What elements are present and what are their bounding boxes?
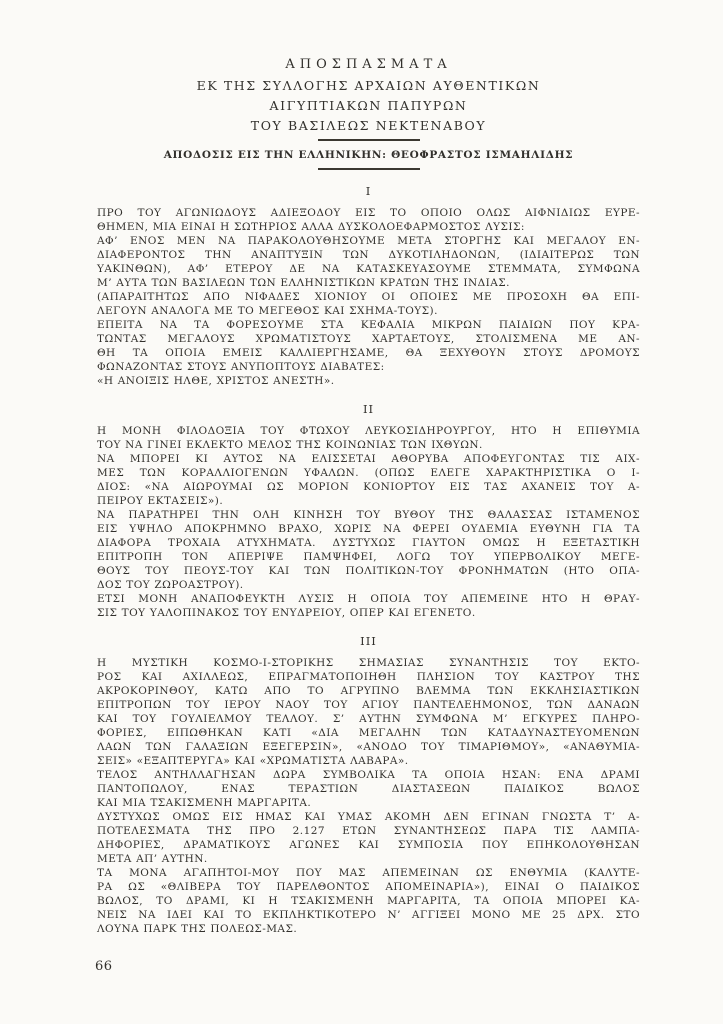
title-line: ΕΚ ΤΗΣ ΣΥΛΛΟΓΗΣ ΑΡΧΑΙΩΝ ΑΥΘΕΝΤΙΚΩΝ — [97, 78, 640, 93]
text-line: ΦΟΡΙΕΣ, ΕΙΠΩΘΗΚΑΝ ΚΑΤΙ «ΔΙΑ ΜΕΓΑΛΗΝ ΤΩΝ … — [97, 726, 640, 740]
text-line: «Η ΑΝΟΙΞΙΣ ΗΛΘΕ, ΧΡΙΣΤΟΣ ΑΝΕΣΤΗ». — [97, 374, 640, 388]
text-line: ΕΤΣΙ ΜΟΝΗ ΑΝΑΠΟΦΕΥΚΤΗ ΛΥΣΙΣ Η ΟΠΟΙΑ ΤΟΥ … — [97, 592, 640, 606]
text-line: ΑΚΡΟΚΟΡΙΝΘΟΥ, ΚΑΤΩ ΑΠΟ ΤΟ ΑΓΡΥΠΝΟ ΒΛΕΜΜΑ… — [97, 684, 640, 698]
text-line: ΡΟΣ ΚΑΙ ΑΧΙΛΛΕΩΣ, ΕΠΡΑΓΜΑΤΟΠΟΙΗΘΗ ΠΛΗΣΙΟ… — [97, 670, 640, 684]
page-number: 66 — [95, 959, 113, 974]
text-line: ΠΕΙΡΟΥ ΕΚΤΑΣΕΙΣ»). — [97, 494, 640, 508]
text-line: ΔΙΑΦΕΡΟΝΤΟΣ ΤΗΝ ΑΝΑΠΤΥΞΙΝ ΤΩΝ ΔΥΚΟΤΙΛΗΔΟ… — [97, 248, 640, 262]
section-numeral: III — [97, 634, 640, 648]
text-line: ΘΗ ΤΑ ΟΠΟΙΑ ΕΜΕΙΣ ΚΑΛΛΙΕΡΓΗΣΑΜΕ, ΘΑ ΞΕΧΥ… — [97, 346, 640, 360]
text-line: ΛΟΥΝΑ ΠΑΡΚ ΤΗΣ ΠΟΛΕΩΣ-ΜΑΣ. — [97, 922, 640, 936]
text-line: ΠΟΤΕΛΕΣΜΑΤΑ ΤΗΣ ΠΡΟ 2.127 ΕΤΩΝ ΣΥΝΑΝΤΗΣΕ… — [97, 824, 640, 838]
text-line: ΚΑΙ ΤΟΥ ΓΟΥΛΙΕΛΜΟΥ ΤΕΛΛΟΥ. Σ’ ΑΥΤΗΝ ΣΥΜΦ… — [97, 712, 640, 726]
text-line: Η ΜΟΝΗ ΦΙΛΟΔΟΞΙΑ ΤΟΥ ΦΤΩΧΟΥ ΛΕΥΚΟΣΙΔΗΡΟΥ… — [97, 424, 640, 438]
page-header: ΑΠΟΣΠΑΣΜΑΤΑ ΕΚ ΤΗΣ ΣΥΛΛΟΓΗΣ ΑΡΧΑΙΩΝ ΑΥΘΕ… — [97, 0, 640, 170]
page-title: ΑΠΟΣΠΑΣΜΑΤΑ ΕΚ ΤΗΣ ΣΥΛΛΟΓΗΣ ΑΡΧΑΙΩΝ ΑΥΘΕ… — [97, 57, 640, 133]
text-line: ΘΗΜΕΝ, ΜΙΑ ΕΙΝΑΙ Η ΣΩΤΗΡΙΟΣ ΑΛΛΑ ΔΥΣΚΟΛΟ… — [97, 220, 640, 234]
text-line: ΑΦ’ ΕΝΟΣ ΜΕΝ ΝΑ ΠΑΡΑΚΟΛΟΥΘΗΣΟΥΜΕ ΜΕΤΑ ΣΤ… — [97, 234, 640, 248]
text-line: ΤΑ ΜΟΝΑ ΑΓΑΠΗΤΟΙ-ΜΟΥ ΠΟΥ ΜΑΣ ΑΠΕΜΕΙΝΑΝ Ω… — [97, 866, 640, 880]
text-line: Μ’ ΑΥΤΑ ΤΩΝ ΒΑΣΙΛΕΩΝ ΤΩΝ ΕΛΛΗΝΙΣΤΙΚΩΝ ΚΡ… — [97, 276, 640, 290]
text-line: ΕΠΙΤΡΟΠΗ ΤΟΝ ΑΠΕΡΙΨΕ ΠΑΜΨΗΦΕΙ, ΛΟΓΩ ΤΟΥ … — [97, 550, 640, 564]
title-line: ΤΟΥ ΒΑΣΙΛΕΩΣ ΝΕΚΤΕΝΑΒΟΥ — [97, 118, 640, 133]
text-line: ΕΠΕΙΤΑ ΝΑ ΤΑ ΦΟΡΕΣΟΥΜΕ ΣΤΑ ΚΕΦΑΛΙΑ ΜΙΚΡΩ… — [97, 318, 640, 332]
text-line: ΒΩΛΟΣ, ΤΟ ΔΡΑΜΙ, ΚΙ Η ΤΣΑΚΙΣΜΕΝΗ ΜΑΡΓΑΡΙ… — [97, 894, 640, 908]
text-line: (ΑΠΑΡΑΙΤΗΤΩΣ ΑΠΟ ΝΙΦΑΔΕΣ ΧΙΟΝΙΟΥ ΟΙ ΟΠΟΙ… — [97, 290, 640, 304]
text-line: ΛΕΓΟΥΝ ΑΝΑΛΟΓΑ ΜΕ ΤΟ ΜΕΓΕΘΟΣ ΚΑΙ ΣΧΗΜΑ-Τ… — [97, 304, 640, 318]
text-line: ΜΕΤΑ ΑΠ’ ΑΥΤΗΝ. — [97, 852, 640, 866]
text-body: IΠΡΟ ΤΟΥ ΑΓΩΝΙΩΔΟΥΣ ΑΔΙΕΞΟΔΟΥ ΕΙΣ ΤΟ ΟΠΟ… — [97, 184, 640, 936]
book-page: ΑΠΟΣΠΑΣΜΑΤΑ ΕΚ ΤΗΣ ΣΥΛΛΟΓΗΣ ΑΡΧΑΙΩΝ ΑΥΘΕ… — [0, 0, 723, 1024]
text-line: ΝΑ ΜΠΟΡΕΙ ΚΙ ΑΥΤΟΣ ΝΑ ΕΛΙΣΣΕΤΑΙ ΑΘΟΡΥΒΑ … — [97, 452, 640, 466]
text-section: IIΗ ΜΟΝΗ ΦΙΛΟΔΟΞΙΑ ΤΟΥ ΦΤΩΧΟΥ ΛΕΥΚΟΣΙΔΗΡ… — [97, 402, 640, 620]
text-line: ΕΙΣ ΥΨΗΛΟ ΑΠΟΚΡΗΜΝΟ ΒΡΑΧΟ, ΧΩΡΙΣ ΝΑ ΦΕΡΕ… — [97, 522, 640, 536]
divider-rule — [318, 139, 420, 141]
text-line: ΔΗΦΟΡΙΕΣ, ΔΡΑΜΑΤΙΚΟΥΣ ΑΓΩΝΕΣ ΚΑΙ ΣΥΜΠΟΣΙ… — [97, 838, 640, 852]
title-line: ΑΠΟΣΠΑΣΜΑΤΑ — [97, 57, 640, 72]
translation-credit: ΑΠΟΔΟΣΙΣ ΕΙΣ ΤΗΝ ΕΛΛΗΝΙΚΗΝ: ΘΕΟΦΡΑΣΤΟΣ Ι… — [97, 149, 640, 161]
text-line: ΤΟΥ ΝΑ ΓΙΝΕΙ ΕΚΛΕΚΤΟ ΜΕΛΟΣ ΤΗΣ ΚΟΙΝΩΝΙΑΣ… — [97, 438, 640, 452]
text-line: ΚΑΙ ΜΙΑ ΤΣΑΚΙΣΜΕΝΗ ΜΑΡΓΑΡΙΤΑ. — [97, 796, 640, 810]
text-section: IIIΗ ΜΥΣΤΙΚΗ ΚΟΣΜΟ-Ι-ΣΤΟΡΙΚΗΣ ΣΗΜΑΣΙΑΣ Σ… — [97, 634, 640, 936]
text-line: Η ΜΥΣΤΙΚΗ ΚΟΣΜΟ-Ι-ΣΤΟΡΙΚΗΣ ΣΗΜΑΣΙΑΣ ΣΥΝΑ… — [97, 656, 640, 670]
text-line: ΠΡΟ ΤΟΥ ΑΓΩΝΙΩΔΟΥΣ ΑΔΙΕΞΟΔΟΥ ΕΙΣ ΤΟ ΟΠΟΙ… — [97, 206, 640, 220]
divider-rule — [318, 168, 420, 170]
text-line: ΦΩΝΑΖΟΝΤΑΣ ΣΤΟΥΣ ΑΝΥΠΟΠΤΟΥΣ ΔΙΑΒΑΤΕΣ: — [97, 360, 640, 374]
text-line: ΔΟΣ ΤΟΥ ΖΩΡΟΑΣΤΡΟΥ). — [97, 578, 640, 592]
text-line: ΣΙΣ ΤΟΥ ΥΑΛΟΠΙΝΑΚΟΣ ΤΟΥ ΕΝΥΔΡΕΙΟΥ, ΟΠΕΡ … — [97, 606, 640, 620]
text-line: ΣΕΙΣ» «ΕΞΑΠΤΕΡΥΓΑ» ΚΑΙ «ΧΡΩΜΑΤΙΣΤΑ ΛΑΒΑΡ… — [97, 754, 640, 768]
text-line: ΤΩΝΤΑΣ ΜΕΓΑΛΟΥΣ ΧΡΩΜΑΤΙΣΤΟΥΣ ΧΑΡΤΑΕΤΟΥΣ,… — [97, 332, 640, 346]
text-line: ΝΕΙΣ ΝΑ ΙΔΕΙ ΚΑΙ ΤΟ ΕΚΠΛΗΚΤΙΚΟΤΕΡΟ Ν’ ΑΓ… — [97, 908, 640, 922]
text-line: ΘΟΥΣ ΤΟΥ ΠΕΟΥΣ-ΤΟΥ ΚΑΙ ΤΩΝ ΠΟΛΙΤΙΚΩΝ-ΤΟΥ… — [97, 564, 640, 578]
text-line: ΔΥΣΤΥΧΩΣ ΟΜΩΣ ΕΙΣ ΗΜΑΣ ΚΑΙ ΥΜΑΣ ΑΚΟΜΗ ΔΕ… — [97, 810, 640, 824]
text-line: ΝΑ ΠΑΡΑΤΗΡΕΙ ΤΗΝ ΟΛΗ ΚΙΝΗΣΗ ΤΟΥ ΒΥΘΟΥ ΤΗ… — [97, 508, 640, 522]
text-line: ΕΠΙΤΡΟΠΩΝ ΤΟΥ ΙΕΡΟΥ ΝΑΟΥ ΤΟΥ ΑΓΙΟΥ ΠΑΝΤΕ… — [97, 698, 640, 712]
text-line: ΛΑΩΝ ΤΩΝ ΓΑΛΑΞΙΩΝ ΕΞΕΓΕΡΣΙΝ», «ΑΝΟΔΟ ΤΟΥ… — [97, 740, 640, 754]
text-section: IΠΡΟ ΤΟΥ ΑΓΩΝΙΩΔΟΥΣ ΑΔΙΕΞΟΔΟΥ ΕΙΣ ΤΟ ΟΠΟ… — [97, 184, 640, 388]
text-line: ΔΙΟΣ: «ΝΑ ΑΙΩΡΟΥΜΑΙ ΩΣ ΜΟΡΙΟΝ ΚΟΝΙΟΡΤΟΥ … — [97, 480, 640, 494]
section-numeral: I — [97, 184, 640, 198]
text-line: ΤΕΛΟΣ ΑΝΤΗΛΛΑΓΗΣΑΝ ΔΩΡΑ ΣΥΜΒΟΛΙΚΑ ΤΑ ΟΠΟ… — [97, 768, 640, 782]
text-line: ΜΕΣ ΤΩΝ ΚΟΡΑΛΛΙΟΓΕΝΩΝ ΥΦΑΛΩΝ. (ΟΠΩΣ ΕΛΕΓ… — [97, 466, 640, 480]
section-numeral: II — [97, 402, 640, 416]
text-line: ΔΙΑΦΟΡΑ ΤΡΟΧΑΙΑ ΑΤΥΧΗΜΑΤΑ. ΔΥΣΤΥΧΩΣ ΓΙΑΥ… — [97, 536, 640, 550]
text-line: ΠΑΝΤΟΠΩΛΟΥ, ΕΝΑΣ ΤΕΡΑΣΤΙΩΝ ΔΙΑΣΤΑΣΕΩΝ ΠΑ… — [97, 782, 640, 796]
title-line: ΑΙΓΥΠΤΙΑΚΩΝ ΠΑΠΥΡΩΝ — [97, 98, 640, 113]
text-line: ΡΑ ΩΣ «ΘΛΙΒΕΡΑ ΤΟΥ ΠΑΡΕΛΘΟΝΤΟΣ ΑΠΟΜΕΙΝΑΡ… — [97, 880, 640, 894]
text-line: ΥΑΚΙΝΘΩΝ), ΑΦ’ ΕΤΕΡΟΥ ΔΕ ΝΑ ΚΑΤΑΣΚΕΥΑΣΟΥ… — [97, 262, 640, 276]
